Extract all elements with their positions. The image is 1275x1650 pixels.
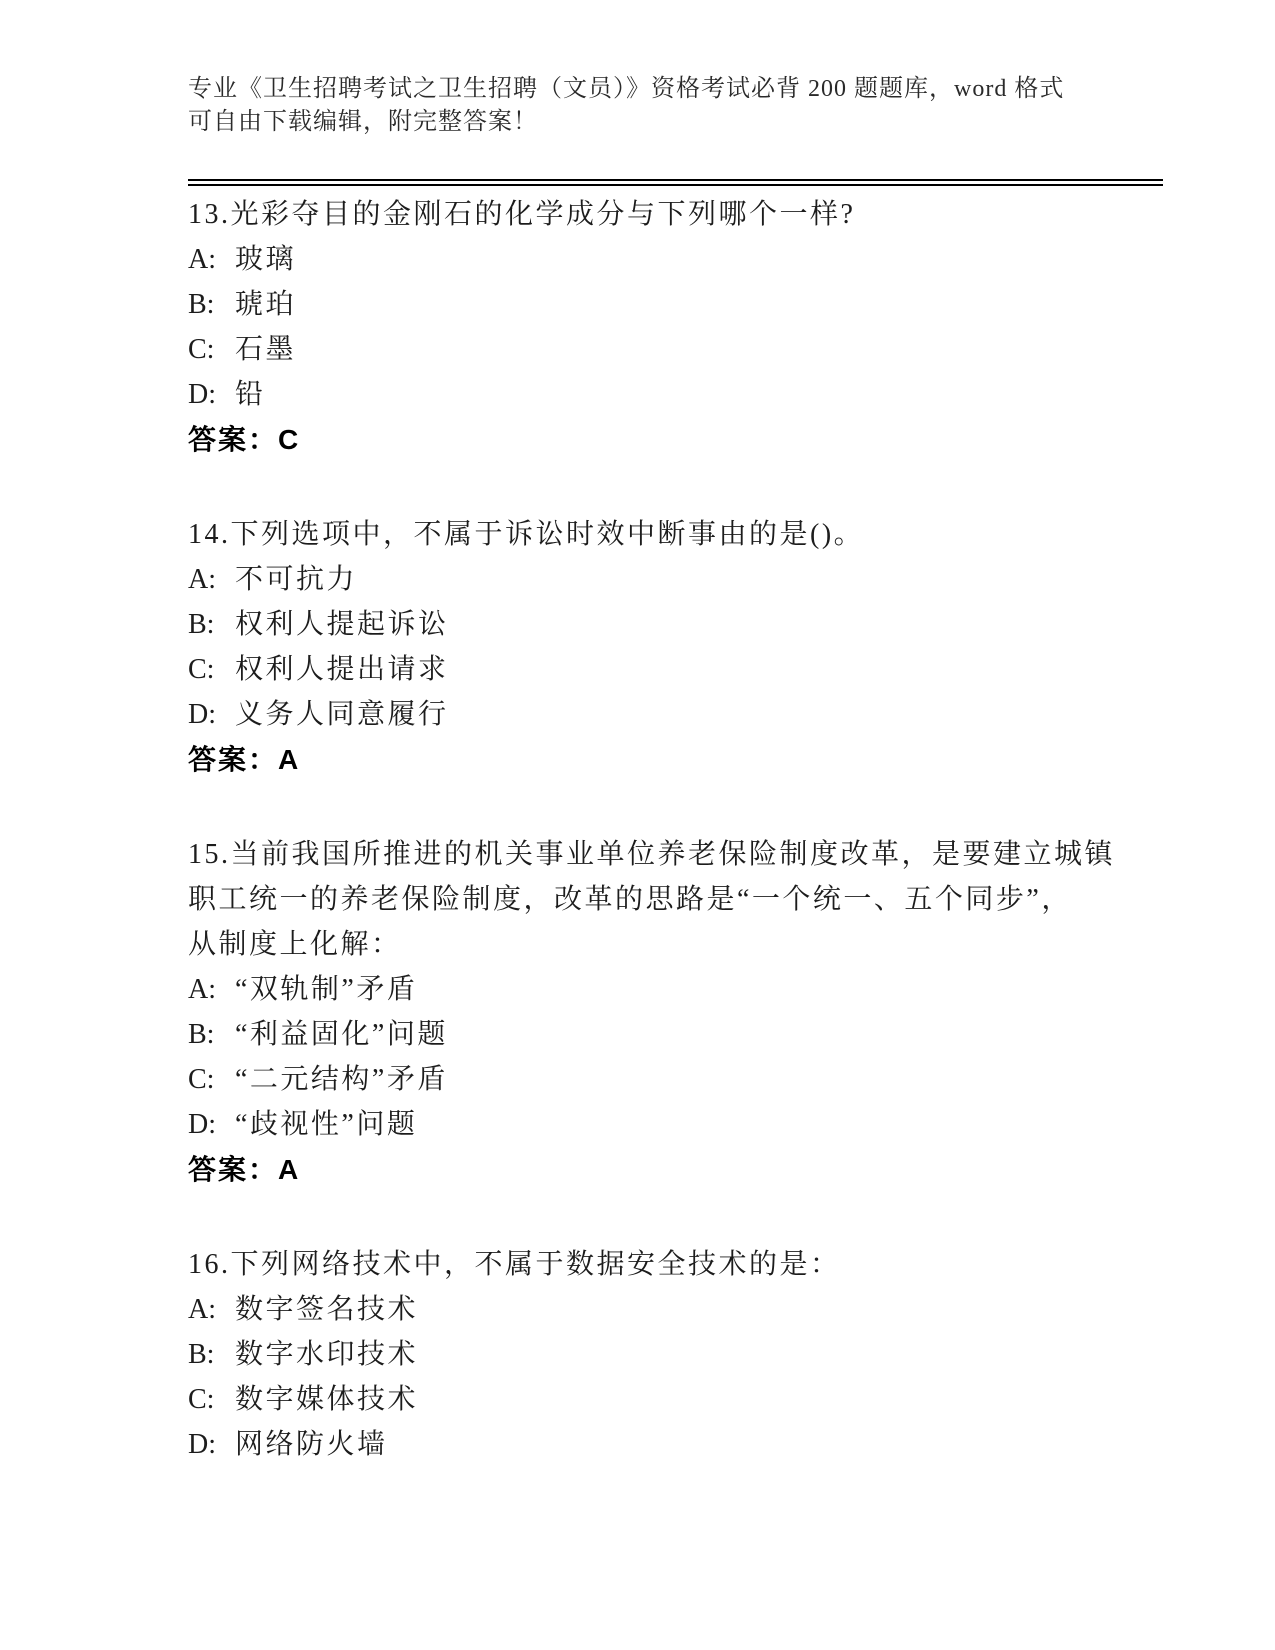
option-text: 义务人同意履行 xyxy=(235,699,449,730)
option-b: B:“利益固化”问题 xyxy=(188,1012,1163,1057)
option-text: 数字水印技术 xyxy=(235,1339,418,1370)
question-text: 13.光彩夺目的金刚石的化学成分与下列哪个一样? xyxy=(188,192,1163,237)
option-b: B:数字水印技术 xyxy=(188,1332,1163,1377)
option-text: “双轨制”矛盾 xyxy=(235,974,417,1005)
option-d: D:义务人同意履行 xyxy=(188,692,1163,737)
option-label: C: xyxy=(188,327,235,372)
question-text-line-2: 职工统一的养老保险制度，改革的思路是“一个统一、五个同步”， xyxy=(188,877,1163,922)
option-text: 数字媒体技术 xyxy=(235,1384,418,1415)
question-text: 16.下列网络技术中，不属于数据安全技术的是： xyxy=(188,1242,1163,1287)
option-b: B:琥珀 xyxy=(188,282,1163,327)
question-text-line-1: 15.当前我国所推进的机关事业单位养老保险制度改革，是要建立城镇 xyxy=(188,832,1163,877)
option-c: C:数字媒体技术 xyxy=(188,1377,1163,1422)
option-a: A:“双轨制”矛盾 xyxy=(188,967,1163,1012)
option-label: C: xyxy=(188,1057,235,1102)
page-header: 专业《卫生招聘考试之卫生招聘（文员）》资格考试必背 200 题题库，word 格… xyxy=(188,0,1163,139)
header-line-1: 专业《卫生招聘考试之卫生招聘（文员）》资格考试必背 200 题题库，word 格… xyxy=(188,73,1163,106)
option-label: B: xyxy=(188,602,235,647)
option-text: 数字签名技术 xyxy=(235,1294,418,1325)
answer-line: 答案：A xyxy=(188,1147,1163,1192)
option-a: A:玻璃 xyxy=(188,237,1163,282)
option-c: C:石墨 xyxy=(188,327,1163,372)
option-text: 玻璃 xyxy=(235,244,296,275)
option-label: A: xyxy=(188,1287,235,1332)
option-text: 石墨 xyxy=(235,334,296,365)
option-text: “歧视性”问题 xyxy=(235,1109,417,1140)
question-13: 13.光彩夺目的金刚石的化学成分与下列哪个一样? A:玻璃 B:琥珀 C:石墨 … xyxy=(188,192,1163,462)
option-label: B: xyxy=(188,282,235,327)
option-a: A:数字签名技术 xyxy=(188,1287,1163,1332)
answer-line: 答案：A xyxy=(188,737,1163,782)
option-label: A: xyxy=(188,557,235,602)
option-text: 权利人提出请求 xyxy=(235,654,449,685)
option-label: D: xyxy=(188,372,235,417)
answer-line: 答案：C xyxy=(188,417,1163,462)
option-b: B:权利人提起诉讼 xyxy=(188,602,1163,647)
option-text: 权利人提起诉讼 xyxy=(235,609,449,640)
option-label: C: xyxy=(188,1377,235,1422)
option-label: D: xyxy=(188,1102,235,1147)
option-label: B: xyxy=(188,1012,235,1057)
option-text: “利益固化”问题 xyxy=(235,1019,448,1050)
option-label: A: xyxy=(188,237,235,282)
option-label: D: xyxy=(188,692,235,737)
question-text-line-3: 从制度上化解： xyxy=(188,922,1163,967)
option-label: A: xyxy=(188,967,235,1012)
question-16: 16.下列网络技术中，不属于数据安全技术的是： A:数字签名技术 B:数字水印技… xyxy=(188,1242,1163,1467)
option-label: B: xyxy=(188,1332,235,1377)
option-label: D: xyxy=(188,1422,235,1467)
option-d: D:铅 xyxy=(188,372,1163,417)
page-content: 专业《卫生招聘考试之卫生招聘（文员）》资格考试必背 200 题题库，word 格… xyxy=(188,0,1163,1467)
question-15: 15.当前我国所推进的机关事业单位养老保险制度改革，是要建立城镇 职工统一的养老… xyxy=(188,832,1163,1192)
question-14: 14.下列选项中，不属于诉讼时效中断事由的是()。 A:不可抗力 B:权利人提起… xyxy=(188,512,1163,782)
option-c: C:权利人提出请求 xyxy=(188,647,1163,692)
question-text: 14.下列选项中，不属于诉讼时效中断事由的是()。 xyxy=(188,512,1163,557)
header-double-rule xyxy=(188,179,1163,186)
option-label: C: xyxy=(188,647,235,692)
option-text: 不可抗力 xyxy=(235,564,357,595)
option-d: D:“歧视性”问题 xyxy=(188,1102,1163,1147)
option-a: A:不可抗力 xyxy=(188,557,1163,602)
option-d: D:网络防火墙 xyxy=(188,1422,1163,1467)
document-page: 专业《卫生招聘考试之卫生招聘（文员）》资格考试必背 200 题题库，word 格… xyxy=(0,0,1275,1650)
option-text: “二元结构”矛盾 xyxy=(235,1064,448,1095)
option-text: 网络防火墙 xyxy=(235,1429,388,1460)
option-text: 铅 xyxy=(235,379,266,410)
option-c: C:“二元结构”矛盾 xyxy=(188,1057,1163,1102)
header-line-2: 可自由下载编辑，附完整答案！ xyxy=(188,106,1163,139)
option-text: 琥珀 xyxy=(235,289,296,320)
